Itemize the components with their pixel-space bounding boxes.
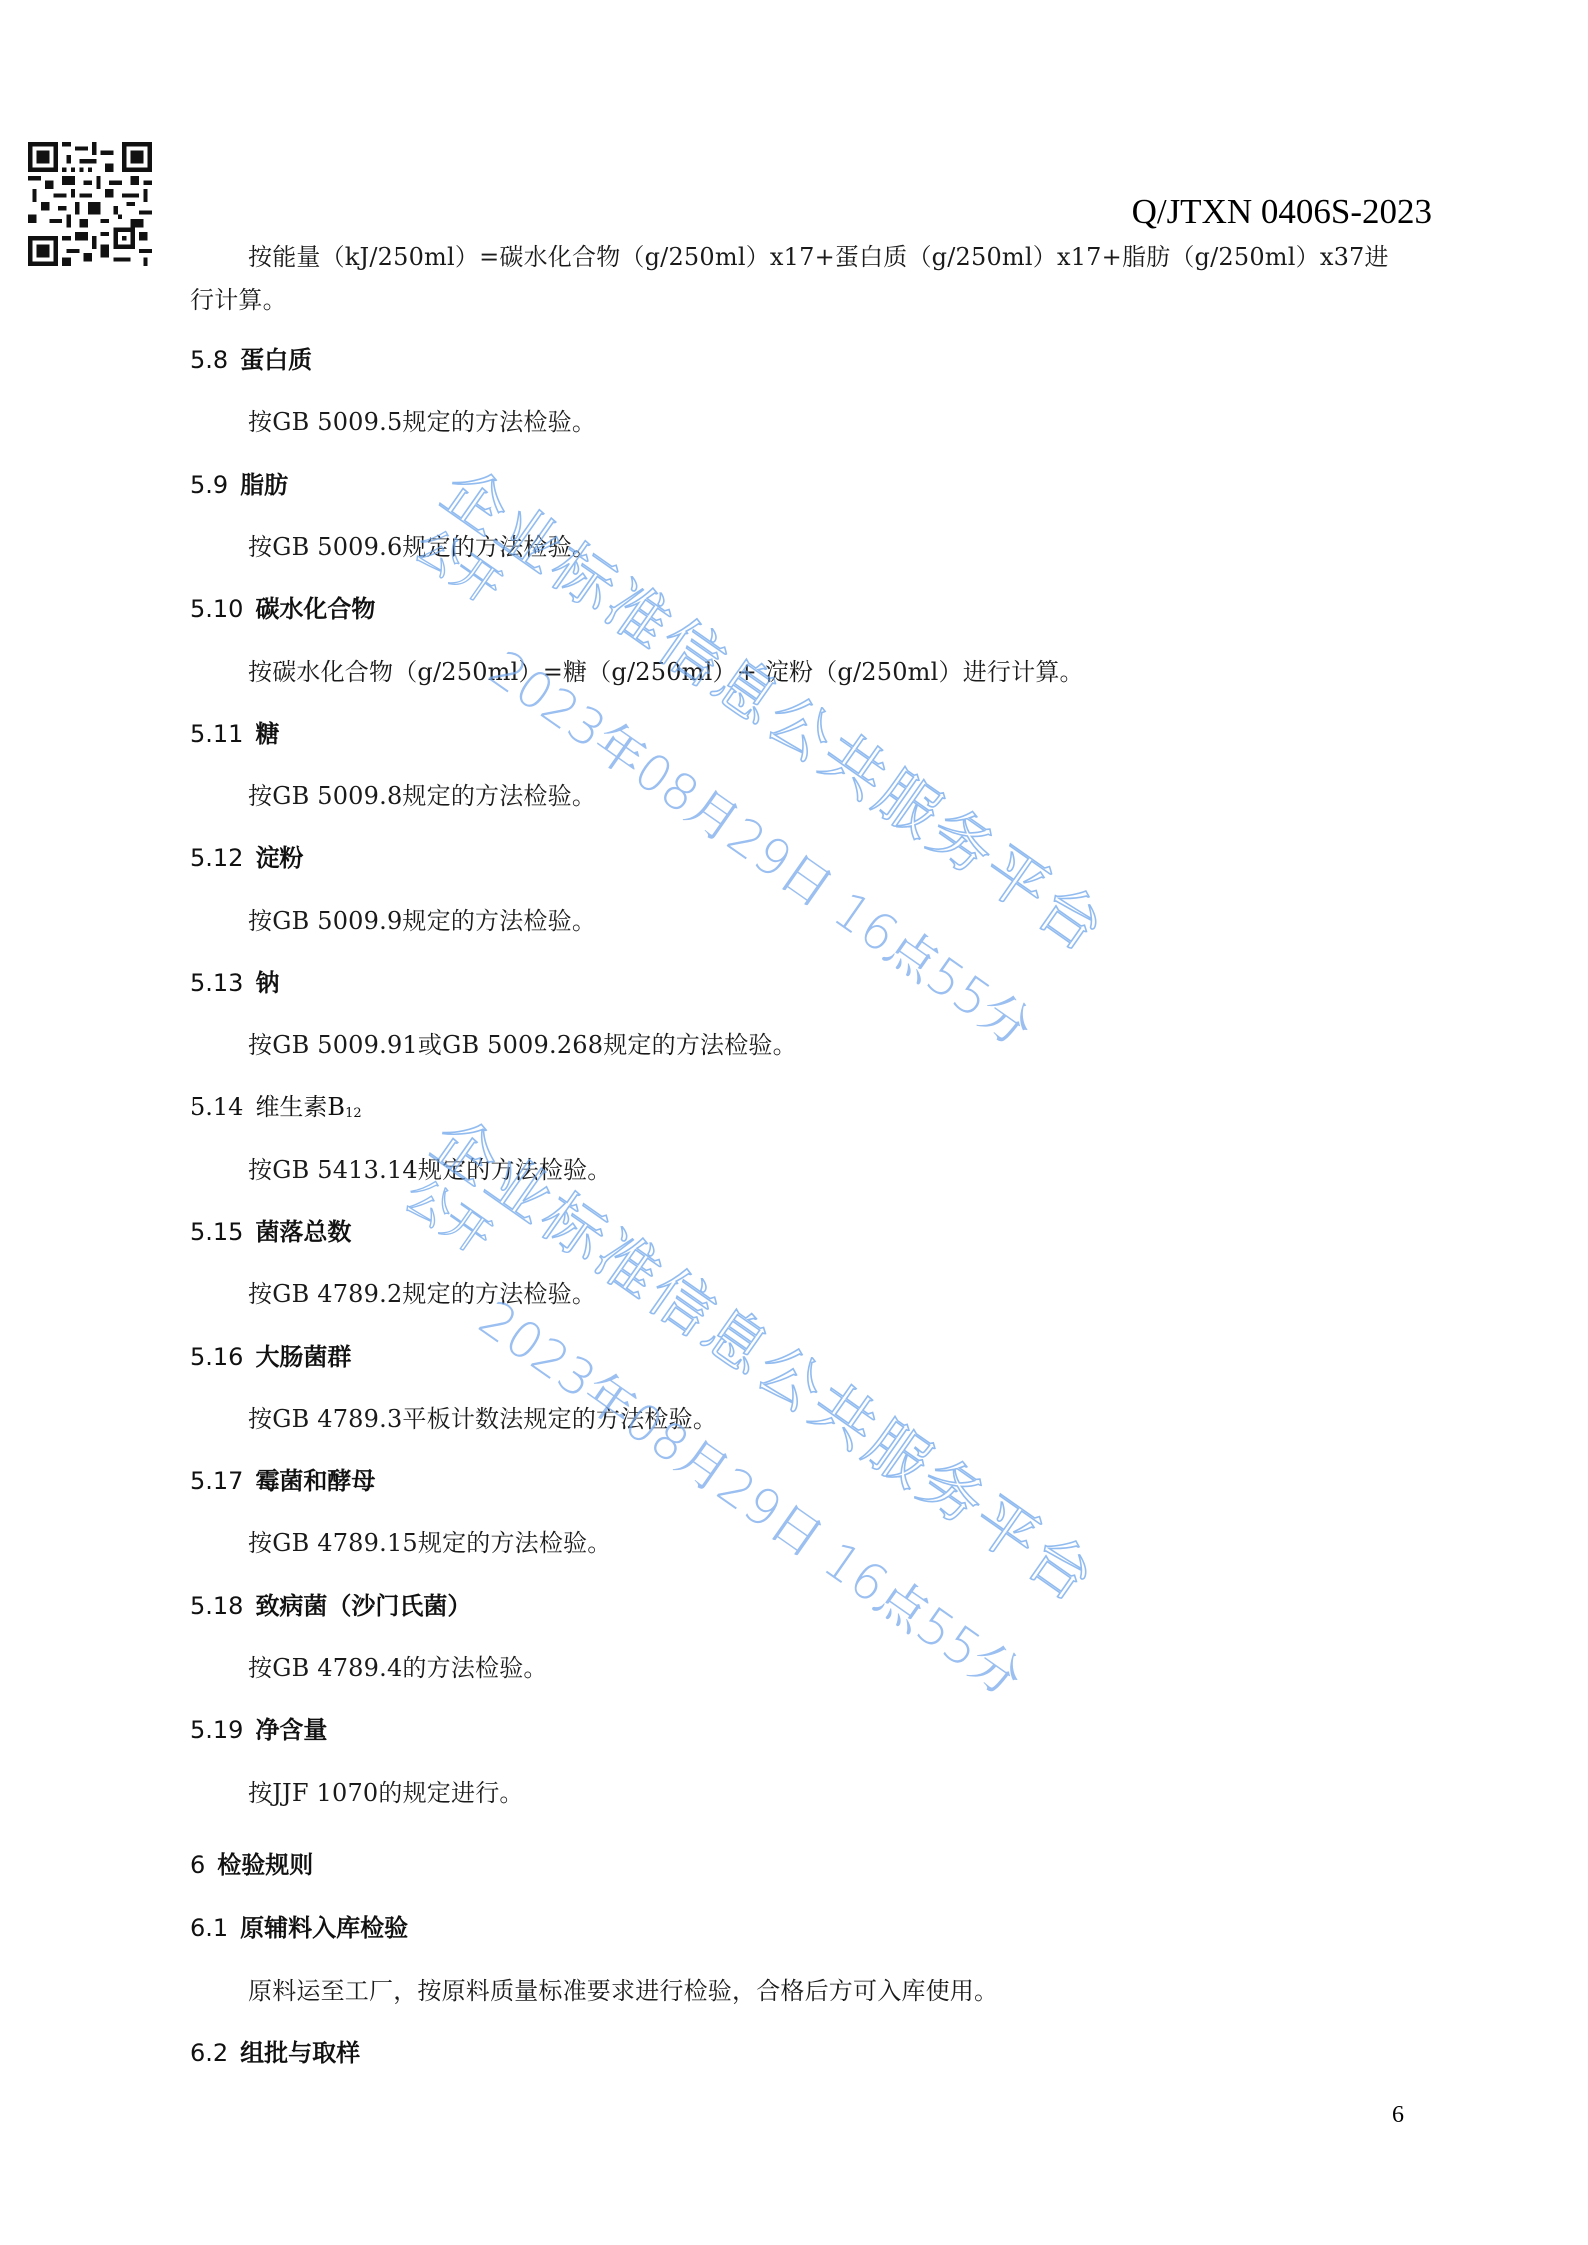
- section-body-5-11: 按GB 5009.8规定的方法检验。: [248, 780, 596, 812]
- section-body-5-8: 按GB 5009.5规定的方法检验。: [248, 406, 596, 438]
- section-title: 原辅料入库检验: [240, 1914, 408, 1942]
- chapter-heading-6: 6检验规则: [190, 1849, 313, 1881]
- section-body-5-10: 按碳水化合物（g/250ml）=糖（g/250ml）+ 淀粉（g/250ml）进…: [248, 656, 1084, 688]
- document-page: Q/JTXN 0406S-2023 按能量（kJ/250ml）=碳水化合物（g/…: [0, 0, 1588, 2245]
- chapter-number: 6: [190, 1851, 205, 1879]
- section-title: 霉菌和酵母: [255, 1467, 375, 1495]
- section-title: 碳水化合物: [255, 595, 375, 623]
- section-heading-5-13: 5.13钠: [190, 967, 279, 999]
- section-body-6-1: 原料运至工厂，按原料质量标准要求进行检验，合格后方可入库使用。: [248, 1975, 998, 2007]
- section-heading-5-8: 5.8蛋白质: [190, 344, 312, 376]
- section-body-5-15: 按GB 4789.2规定的方法检验。: [248, 1278, 596, 1310]
- section-body-5-16: 按GB 4789.3平板计数法规定的方法检验。: [248, 1403, 717, 1435]
- section-title: 糖: [255, 720, 279, 748]
- section-body-5-18: 按GB 4789.4的方法检验。: [248, 1652, 548, 1684]
- section-heading-5-15: 5.15菌落总数: [190, 1216, 351, 1248]
- section-number: 6.1: [190, 1914, 228, 1942]
- subscript: 12: [345, 1106, 362, 1121]
- section-body-5-19: 按JJF 1070的规定进行。: [248, 1777, 524, 1809]
- section-title: 致病菌（沙门氏菌）: [255, 1592, 471, 1620]
- section-body-5-13: 按GB 5009.91或GB 5009.268规定的方法检验。: [248, 1029, 797, 1061]
- section-title: 钠: [255, 969, 279, 997]
- watermark-status: 公开: [404, 517, 1078, 1013]
- section-number: 5.12: [190, 844, 243, 872]
- section-title: 脂肪: [240, 471, 288, 499]
- section-number: 5.9: [190, 471, 228, 499]
- section-heading-5-14: 5.14维生素B12: [190, 1091, 362, 1123]
- section-body-5-12: 按GB 5009.9规定的方法检验。: [248, 905, 596, 937]
- section-title: 蛋白质: [240, 346, 312, 374]
- section-title: 组批与取样: [240, 2039, 360, 2067]
- section-heading-5-10: 5.10碳水化合物: [190, 593, 375, 625]
- section-title: 淀粉: [255, 844, 303, 872]
- section-body-5-14: 按GB 5413.14规定的方法检验。: [248, 1154, 611, 1186]
- watermark-timestamp: 2023年08月29日 16点55分: [468, 1289, 1037, 1712]
- section-heading-6-1: 6.1原辅料入库检验: [190, 1912, 408, 1944]
- section-title: 维生素B: [255, 1093, 345, 1121]
- section-number: 5.8: [190, 346, 228, 374]
- section-number: 5.18: [190, 1592, 243, 1620]
- section-heading-5-16: 5.16大肠菌群: [190, 1341, 351, 1373]
- section-number: 5.10: [190, 595, 243, 623]
- section-heading-5-9: 5.9脂肪: [190, 469, 288, 501]
- section-number: 5.14: [190, 1093, 243, 1121]
- section-heading-6-2: 6.2组批与取样: [190, 2037, 360, 2069]
- section-title: 净含量: [255, 1716, 327, 1744]
- section-title: 菌落总数: [255, 1218, 351, 1246]
- chapter-title: 检验规则: [217, 1851, 313, 1879]
- section-number: 5.16: [190, 1343, 243, 1371]
- section-body-5-9: 按GB 5009.6规定的方法检验。: [248, 531, 596, 563]
- section-number: 5.17: [190, 1467, 243, 1495]
- intro-line-2: 行计算。: [190, 284, 287, 316]
- qr-code-icon: [28, 142, 152, 266]
- intro-line-1: 按能量（kJ/250ml）=碳水化合物（g/250ml）x17+蛋白质（g/25…: [248, 241, 1389, 273]
- section-number: 5.15: [190, 1218, 243, 1246]
- page-number: 6: [1392, 2102, 1404, 2129]
- standard-code: Q/JTXN 0406S-2023: [1100, 192, 1432, 232]
- section-heading-5-19: 5.19净含量: [190, 1714, 327, 1746]
- section-heading-5-18: 5.18致病菌（沙门氏菌）: [190, 1590, 471, 1622]
- section-heading-5-17: 5.17霉菌和酵母: [190, 1465, 375, 1497]
- section-body-5-17: 按GB 4789.15规定的方法检验。: [248, 1527, 611, 1559]
- section-number: 5.13: [190, 969, 243, 997]
- section-heading-5-12: 5.12淀粉: [190, 842, 303, 874]
- section-number: 6.2: [190, 2039, 228, 2067]
- section-heading-5-11: 5.11糖: [190, 718, 279, 750]
- watermark-timestamp: 2023年08月29日 16点55分: [478, 639, 1047, 1062]
- section-title: 大肠菌群: [255, 1343, 351, 1371]
- section-number: 5.11: [190, 720, 243, 748]
- section-number: 5.19: [190, 1716, 243, 1744]
